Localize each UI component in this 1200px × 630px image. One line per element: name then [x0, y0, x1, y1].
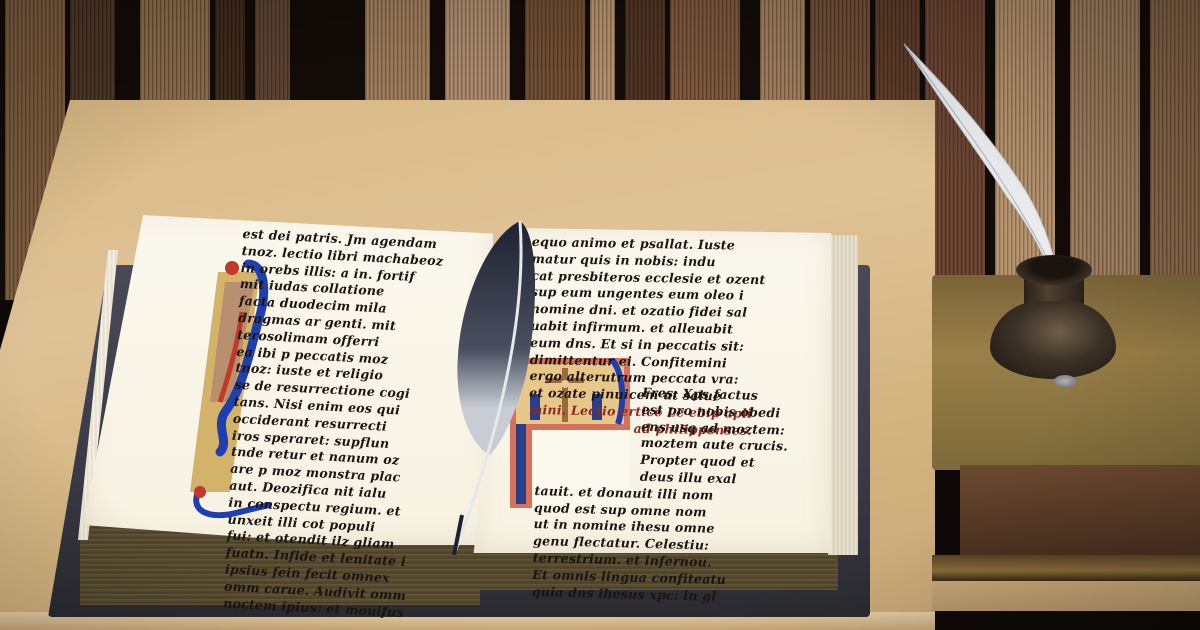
book-spine	[1150, 0, 1200, 300]
right-page-stack	[828, 235, 858, 555]
manuscript-scene: est dei patris. Jm agendam tnoz. lectio …	[0, 0, 1200, 630]
left-page-text: est dei patris. Jm agendam tnoz. lectio …	[223, 226, 445, 622]
closed-book-back-cover	[932, 555, 1200, 581]
inkwell-stand-knob	[1054, 375, 1076, 387]
right-page-text-bottom: Fres: Xps factus est pro nobis obedi ens…	[532, 432, 788, 607]
closed-book-base	[932, 581, 1200, 611]
inkwell-rim	[1016, 255, 1092, 285]
inkwell-body	[990, 301, 1116, 379]
inkwell	[988, 255, 1118, 395]
closed-book-pages	[960, 465, 1200, 557]
dark-quill-icon	[440, 215, 550, 560]
white-quill-icon	[900, 40, 1070, 290]
